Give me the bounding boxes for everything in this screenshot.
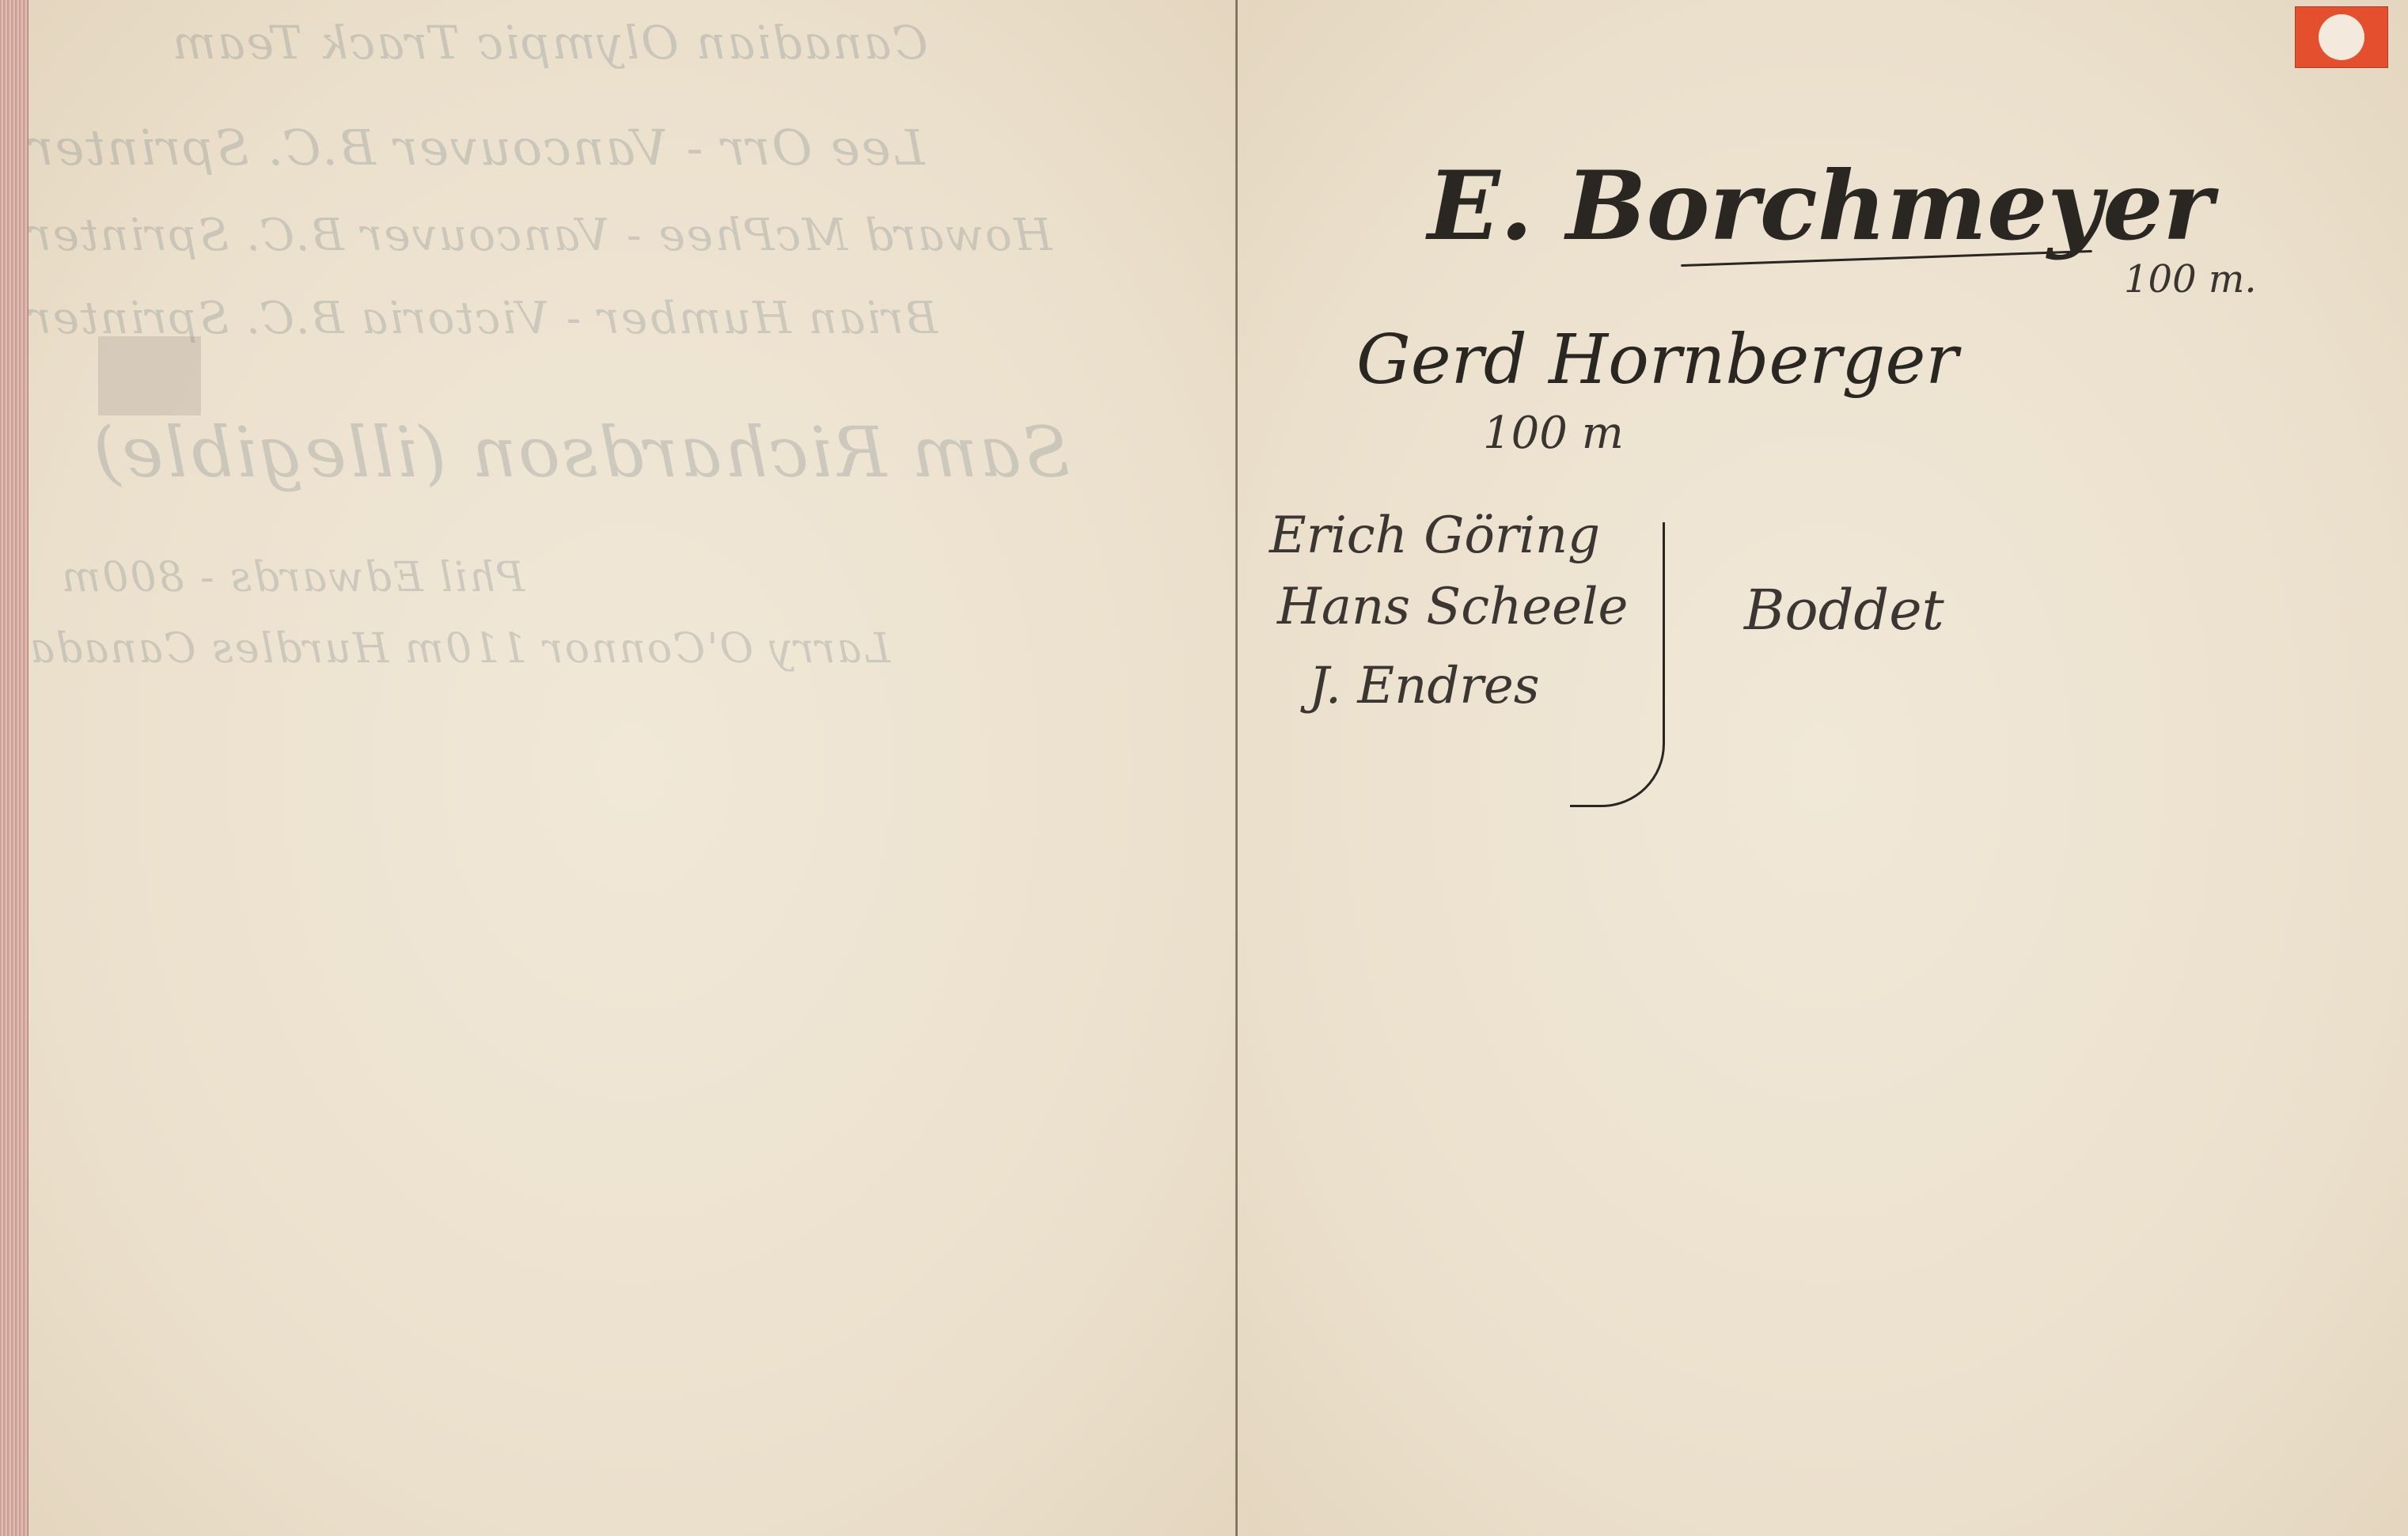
event-note-100m-1: 100 m. — [2124, 257, 2257, 302]
flag-disc — [2319, 14, 2364, 60]
bleed-line-3: Howard McPhee - Vancouver B.C. Sprinter — [28, 210, 1052, 261]
flag-sticker — [2295, 6, 2388, 68]
bleed-line-4: Brian Humber - Victoria B.C. Sprinter — [28, 293, 938, 344]
paper-smudge — [98, 336, 201, 415]
signature-boddet: Boddet — [1744, 578, 1944, 643]
bleed-line-7: Larry O'Connor 110m Hurdles Canada — [28, 625, 890, 673]
autograph-book: Canadian Olympic Track Team Lee Orr - Va… — [0, 0, 2408, 1536]
bleed-line-6: Phil Edwards - 800m — [60, 554, 525, 601]
signature-hornberger: Gerd Hornberger — [1356, 320, 1958, 400]
signature-endres: J. Endres — [1309, 657, 1540, 715]
event-note-100m-2: 100 m — [1483, 408, 1624, 459]
signature-borchmeyer: E. Borchmeyer — [1428, 150, 2213, 262]
signature-goring: Erich Göring — [1269, 506, 1600, 565]
left-page: Canadian Olympic Track Team Lee Orr - Va… — [28, 0, 1238, 1536]
bleed-line-1: Canadian Olympic Track Team — [171, 16, 928, 70]
right-page: Historical flag sticker (1936 German nat… — [1238, 0, 2408, 1536]
bleed-line-2: Lee Orr - Vancouver B.C. Sprinter — [28, 119, 924, 176]
bleed-line-5: Sam Richardson (illegible) — [92, 411, 1070, 493]
signature-bracket — [1570, 522, 1665, 807]
page-edges — [0, 0, 28, 1536]
